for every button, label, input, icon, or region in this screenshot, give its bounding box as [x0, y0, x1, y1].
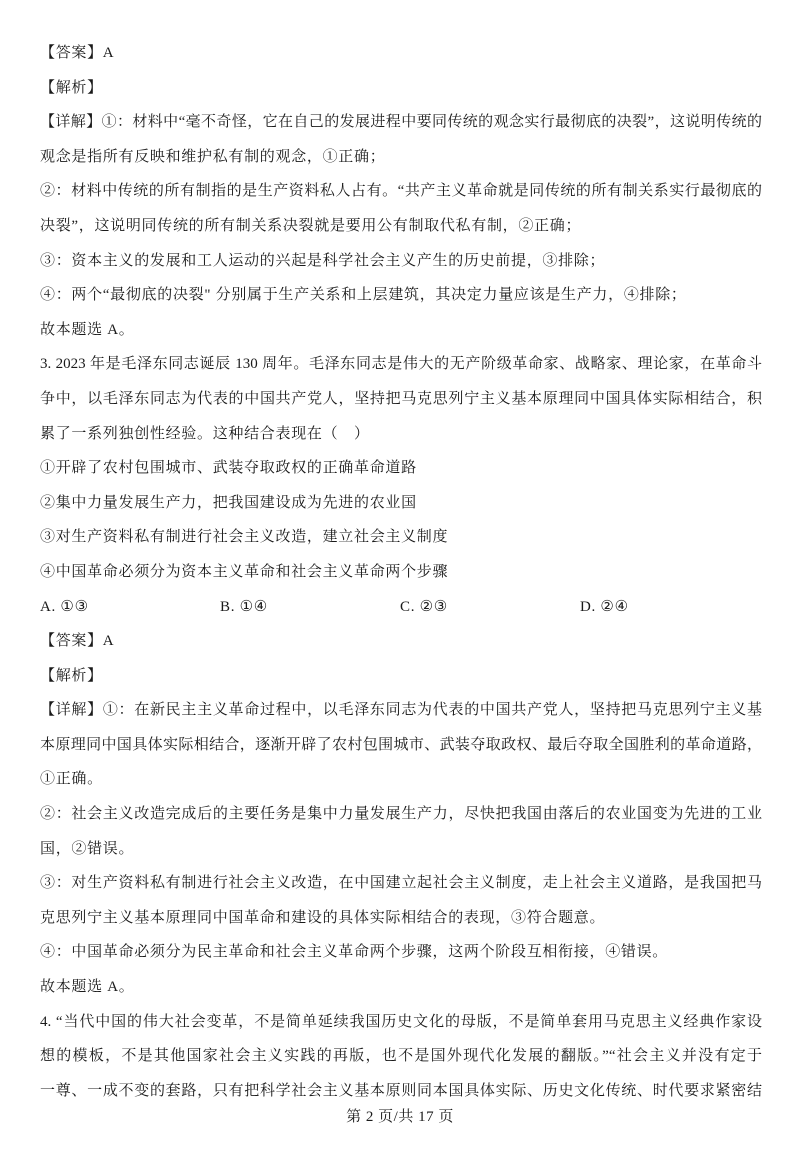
text-line: ②：材料中传统的所有制指的是生产资料私人占有。“共产主义革命就是同传统的所有制关… [40, 174, 762, 209]
choice-d: D. ②④ [580, 590, 760, 625]
document-body: 【答案】A【解析】【详解】①：材料中“毫不奇怪，它在自己的发展进程中要同传统的观… [40, 36, 762, 1108]
text-line: 想的模板，不是其他国家社会主义实践的再版，也不是国外现代化发展的翻版。”“社会主… [40, 1039, 762, 1074]
text-line: ④中国革命必须分为资本主义革命和社会主义革命两个步骤 [40, 555, 762, 590]
text-line: ①正确。 [40, 762, 762, 797]
text-line: 故本题选 A。 [40, 313, 762, 348]
text-line: 【详解】①：材料中“毫不奇怪，它在自己的发展进程中要同传统的观念实行最彻底的决裂… [40, 105, 762, 140]
page-footer: 第 2 页/共 17 页 [0, 1106, 800, 1128]
text-line: ④：两个“最彻底的决裂" 分别属于生产关系和上层建筑，其决定力量应该是生产力，④… [40, 278, 762, 313]
choice-row: A. ①③B. ①④C. ②③D. ②④ [40, 590, 762, 625]
text-line: ②：社会主义改造完成后的主要任务是集中力量发展生产力，尽快把我国由落后的农业国变… [40, 797, 762, 832]
text-line: 故本题选 A。 [40, 970, 762, 1005]
text-line: 决裂”，这说明同传统的所有制关系决裂就是要用公有制取代私有制，②正确； [40, 209, 762, 244]
text-line: 【答案】A [40, 36, 762, 71]
choice-a: A. ①③ [40, 590, 220, 625]
text-line: 【详解】①：在新民主主义革命过程中，以毛泽东同志为代表的中国共产党人，坚持把马克… [40, 693, 762, 728]
text-line: ③对生产资料私有制进行社会主义改造，建立社会主义制度 [40, 520, 762, 555]
text-line: ④：中国革命必须分为民主革命和社会主义革命两个步骤，这两个阶段互相衔接，④错误。 [40, 935, 762, 970]
choice-c: C. ②③ [400, 590, 580, 625]
text-line: 4. “当代中国的伟大社会变革，不是简单延续我国历史文化的母版，不是简单套用马克… [40, 1005, 762, 1040]
text-line: 观念是指所有反映和维护私有制的观念，①正确； [40, 140, 762, 175]
text-line: 争中，以毛泽东同志为代表的中国共产党人，坚持把马克思列宁主义基本原理同中国具体实… [40, 382, 762, 417]
text-line: 【解析】 [40, 71, 762, 106]
text-line: 国，②错误。 [40, 832, 762, 867]
text-line: 3. 2023 年是毛泽东同志诞辰 130 周年。毛泽东同志是伟大的无产阶级革命… [40, 347, 762, 382]
text-line: 累了一系列独创性经验。这种结合表现在（ ） [40, 417, 762, 452]
text-line: 一尊、一成不变的套路，只有把科学社会主义基本原则同本国具体实际、历史文化传统、时… [40, 1074, 762, 1109]
text-line: ①开辟了农村包围城市、武装夺取政权的正确革命道路 [40, 451, 762, 486]
text-line: 本原理同中国具体实际相结合，逐渐开辟了农村包围城市、武装夺取政权、最后夺取全国胜… [40, 728, 762, 763]
text-line: 【答案】A [40, 624, 762, 659]
text-line: 【解析】 [40, 659, 762, 694]
document-page: 【答案】A【解析】【详解】①：材料中“毫不奇怪，它在自己的发展进程中要同传统的观… [0, 0, 800, 1161]
text-line: ③：资本主义的发展和工人运动的兴起是科学社会主义产生的历史前提，③排除； [40, 244, 762, 279]
text-line: ②集中力量发展生产力，把我国建设成为先进的农业国 [40, 486, 762, 521]
text-line: 克思列宁主义基本原理同中国革命和建设的具体实际相结合的表现，③符合题意。 [40, 901, 762, 936]
text-line: ③：对生产资料私有制进行社会主义改造，在中国建立起社会主义制度，走上社会主义道路… [40, 866, 762, 901]
choice-b: B. ①④ [220, 590, 400, 625]
